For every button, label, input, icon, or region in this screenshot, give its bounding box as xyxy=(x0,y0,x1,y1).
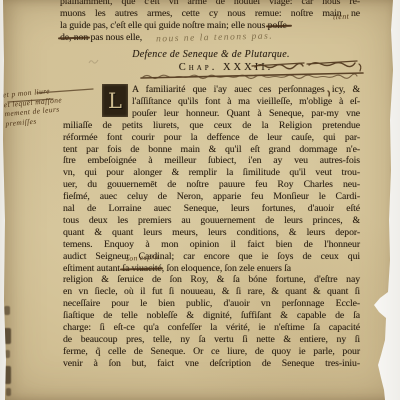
print-line: temens. Enquoy à mon opinion il faict bi… xyxy=(63,239,360,251)
print-line: réformée font courir pour la deffence de… xyxy=(63,132,360,144)
print-line: A familiarité que i'ay auec ces perſonna… xyxy=(132,84,360,96)
print-line: vn, qui pour alonger & remplir la ſimili… xyxy=(63,167,360,179)
print-line: ſiaſtique de telle nobleſſe & dignité, ſ… xyxy=(63,310,360,322)
print-line: nal de Lorraine auec Seneque, leurs fort… xyxy=(63,203,360,215)
print-line: la guide pas, c'eſt elle qui guide noſtr… xyxy=(60,20,380,32)
struck-word: ſa viuacité xyxy=(122,263,161,274)
struck-word: de, non xyxy=(60,32,88,43)
print-line: muons les autres armes, cette cy nous re… xyxy=(60,8,360,20)
print-line: de beaucoup pres, telle, ny ſa vertu ſi … xyxy=(63,334,360,346)
print-line: en vn ſiecle, où il fut ſi nouueau, & ſi… xyxy=(63,286,360,298)
scribble-stroke xyxy=(143,74,357,79)
print-line: neceſſaire pour le bien public, d'auoir … xyxy=(63,298,360,310)
print-line: venir à ſon but, faict vne deſcription d… xyxy=(63,358,360,370)
binding-smudge xyxy=(6,388,11,396)
running-title: Defence de Seneque & de Plutarque. xyxy=(63,49,359,61)
print-line: fieſmé, auec celuy de Neron, apparie feu… xyxy=(63,191,360,203)
binding-smudge xyxy=(4,306,10,315)
hand-correction: nous ne la tenons pas. xyxy=(156,31,273,44)
print-line: miliaſſe de petits liurets, que ceux de … xyxy=(63,120,360,132)
chapter-heading: Chap. XXXII. xyxy=(78,62,374,74)
print-line: l'aſſiſtance qu'ils font à ma vieilleſſe… xyxy=(132,96,360,108)
print-line: eſtiment autant ſa viuacité, ſon eloquen… xyxy=(63,263,360,275)
print-line: ſtre embeſoignée à meilleur ſubiect, i'e… xyxy=(63,155,360,167)
print-line: quant & quant leurs meurs, leurs conditi… xyxy=(63,227,360,239)
print-line: ferme, q̃ celle de Seneque. Or ce liure,… xyxy=(63,346,360,358)
binding-smudge xyxy=(3,328,11,344)
scanned-document-view: plainamment, que c'eſt vn arme de nouuel… xyxy=(0,0,400,400)
hand-correction: son esprit xyxy=(126,252,160,263)
woodcut-initial: L xyxy=(102,84,128,117)
struck-word: poſſe- xyxy=(268,20,290,31)
print-line: tous deux les premiers au gouuernement d… xyxy=(63,215,360,227)
print-line: religion & ſeruice de ſon Roy, & ſa bóne… xyxy=(63,274,360,286)
print-line: uer, du gouuernemēt de noſtre pauure feu… xyxy=(63,179,360,191)
print-line: de, non pas nous elle, xyxy=(60,32,142,44)
binding-smudge xyxy=(4,366,11,384)
print-line: charge: ſi eſt-ce qu'a confeſſer la véri… xyxy=(63,322,360,334)
print-line: audict Seigneur Cardinal; car encore que… xyxy=(63,251,360,263)
book-page: plainamment, que c'eſt vn arme de nouuel… xyxy=(3,0,397,400)
hand-correction: tient xyxy=(333,12,350,22)
binding-smudge xyxy=(5,350,10,358)
print-line: tent par fois de bonne main & qu'il eſt … xyxy=(63,144,360,156)
print-line: plainamment, que c'eſt vn arme de nouuel… xyxy=(60,0,360,8)
print-line: pouſer leur honneur. Quant à Seneque, pa… xyxy=(132,108,360,120)
